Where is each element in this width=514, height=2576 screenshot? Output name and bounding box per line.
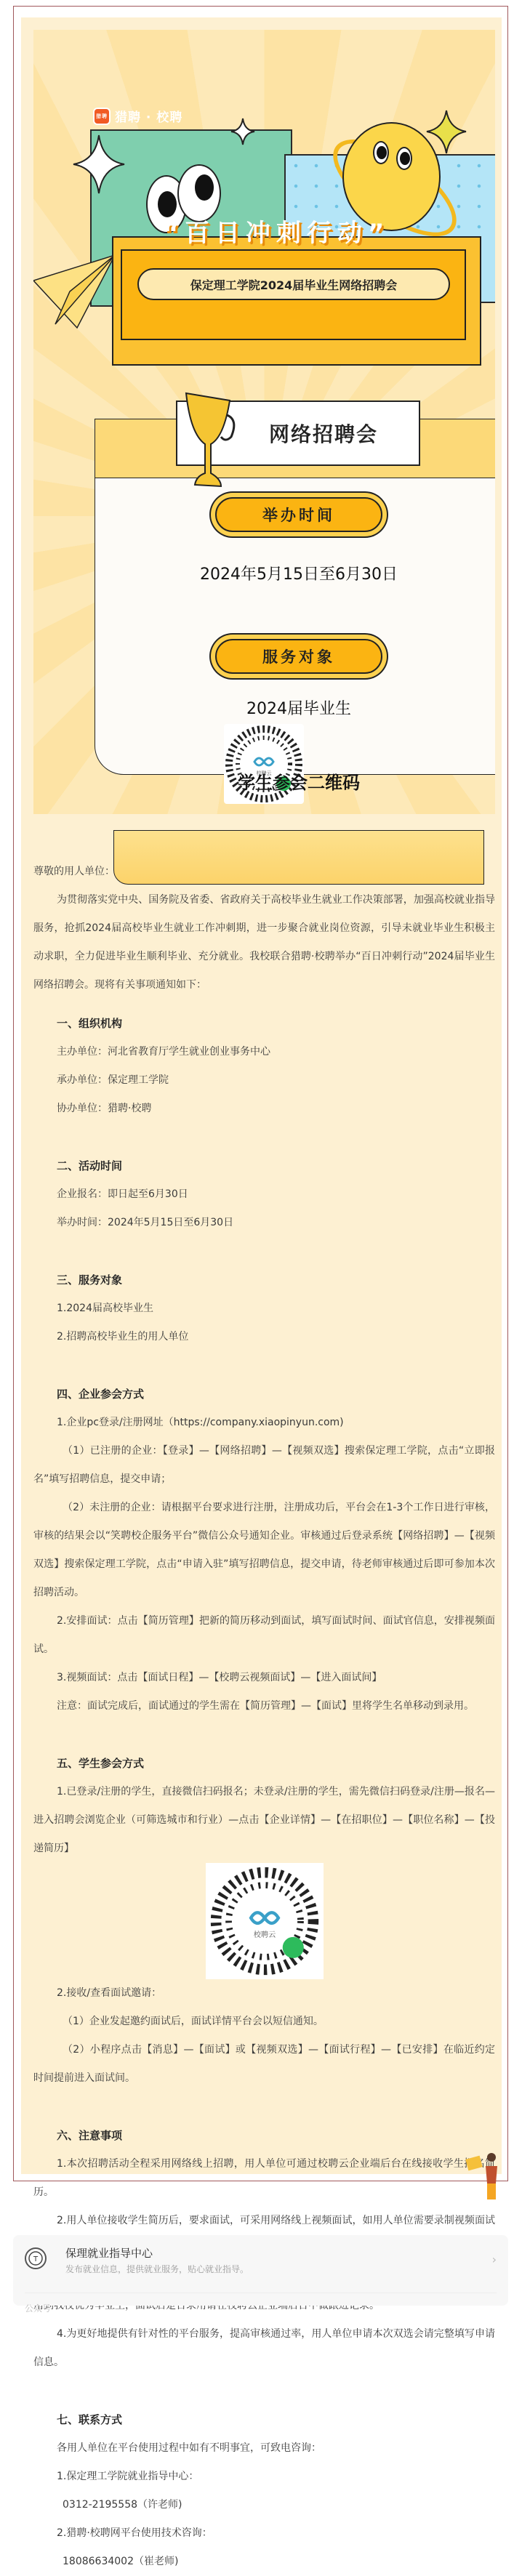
target-audience: 2024届毕业生: [95, 696, 495, 719]
text-line: 1.已登录/注册的学生，直接微信扫码报名；未登录/注册的学生，需先微信扫码登录/…: [33, 1778, 495, 1863]
qr-caption: 学生参会二维码: [95, 768, 495, 794]
section-heading: 七、联系方式: [33, 2406, 495, 2434]
chevron-right-icon: ›: [492, 2253, 497, 2266]
trophy-icon: [179, 386, 237, 495]
text-line: 2.猎聘·校聘网平台使用技术咨询：: [33, 2519, 495, 2548]
section-heading: 一、组织机构: [33, 1010, 495, 1038]
intro-paragraph: 为贯彻落实党中央、国务院及省委、省政府关于高校毕业生就业工作决策部署，加强高校就…: [33, 886, 495, 999]
text-line: 举办时间：2024年5月15日至6月30日: [33, 1209, 495, 1237]
qr-code-icon: 校聘云: [206, 1863, 324, 1979]
section-heading: 五、学生参会方式: [33, 1750, 495, 1778]
liepin-logo-icon: 猎聘: [93, 108, 111, 125]
divider: [25, 2293, 497, 2293]
university-seal-icon: T: [28, 2250, 44, 2266]
phone-number[interactable]: 0312-2195558（许老师): [33, 2491, 495, 2519]
text-line: （1）已注册的企业：【登录】—【网络招聘】—【视频双选】搜索保定理工学院，点击“…: [33, 1437, 495, 1494]
account-description: 发布就业信息，提供就业服务，贴心就业指导。: [65, 2263, 249, 2275]
target-label: 服务对象: [215, 639, 382, 674]
text-line: 2.招聘高校毕业生的用人单位: [33, 1323, 495, 1351]
account-type-label: 公众号: [25, 2302, 51, 2314]
section-heading: 四、企业参会方式: [33, 1380, 495, 1409]
account-avatar: T: [25, 2247, 47, 2269]
text-line: 协办单位：猎聘·校聘: [33, 1095, 495, 1123]
text-line: 3.视频面试：点击【面试日程】—【校聘云视频面试】—【进入面试间】: [33, 1664, 495, 1692]
section-heading: 六、注意事项: [33, 2122, 495, 2150]
text-line: 企业报名：即日起至6月30日: [33, 1180, 495, 1209]
brand-header: 猎聘 猎聘 · 校聘: [93, 107, 182, 125]
company-url-line[interactable]: 1.企业pc登录/注册网址（https://company.xiaopinyun…: [33, 1409, 495, 1437]
text-line: 4.为更好地提供有针对性的平台服务，提高审核通过率，用人单位申请本次双选会请完整…: [33, 2320, 495, 2377]
text-line: （2）未注册的企业：请根据平台要求进行注册，注册成功后，平台会在1-3个工作日进…: [33, 1494, 495, 1607]
text-line: （2）小程序点击【消息】—【面试】或【视频双选】—【面试行程】—【已安排】在临近…: [33, 2036, 495, 2093]
svg-text:T: T: [33, 2255, 39, 2263]
time-label: 举办时间: [215, 497, 382, 532]
greeting: 尊敬的用人单位：: [33, 858, 495, 886]
text-line: 1.保定理工学院就业指导中心：: [33, 2463, 495, 2491]
text-line: 各用人单位在平台使用过程中如有不明事宜，可致电咨询：: [33, 2434, 495, 2463]
brand-name: 猎聘 · 校聘: [115, 107, 182, 125]
event-poster: 猎聘 猎聘 · 校聘 “百日冲刺行动” 保定理工学院2024届毕业生网络招聘会 …: [33, 30, 495, 814]
section-heading: 二、活动时间: [33, 1152, 495, 1180]
poster-subtitle: 保定理工学院2024届毕业生网络招聘会: [137, 268, 450, 300]
text-line: （1）企业发起邀约面试后，面试详情平台会以短信通知。: [33, 2008, 495, 2036]
phone-number[interactable]: 18086634002（崔老师): [33, 2548, 495, 2576]
text-line: 2.接收/查看面试邀请：: [33, 1979, 495, 2008]
account-name: 保理就业指导中心: [65, 2245, 153, 2261]
sparkle-icon: [425, 108, 468, 156]
text-line: 承办单位：保定理工学院: [33, 1066, 495, 1095]
student-qr-code-2[interactable]: 校聘云: [206, 1863, 324, 1979]
text-line: 1.2024届高校毕业生: [33, 1295, 495, 1323]
paper-plane-icon: [33, 255, 113, 342]
section-heading: 三、服务对象: [33, 1266, 495, 1295]
sparkle-icon: [230, 117, 256, 146]
event-date: 2024年5月15日至6月30日: [95, 562, 495, 584]
qr-wrapper: 校聘云: [33, 1863, 495, 1979]
woman-holding-sign-icon: [465, 2152, 500, 2202]
account-card[interactable]: T 保理就业指导中心 发布就业信息，提供就业服务，贴心就业指导。 › 公众号: [13, 2235, 508, 2306]
text-line: 1.本次招聘活动全程采用网络线上招聘，用人单位可通过校聘云企业端后台在线接收学生…: [33, 2150, 495, 2207]
svg-text:校聘云: 校聘云: [253, 1930, 276, 1939]
text-line: 主办单位：河北省教育厅学生就业创业事务中心: [33, 1038, 495, 1066]
text-line: 2.安排面试：点击【简历管理】把新的简历移动到面试，填写面试时间、面试官信息，安…: [33, 1607, 495, 1664]
text-line: 注意：面试完成后，面试通过的学生需在【简历管理】—【面试】里将学生名单移动到录用…: [33, 1692, 495, 1720]
article-body: 尊敬的用人单位： 为贯彻落实党中央、国务院及省委、省政府关于高校毕业生就业工作决…: [33, 858, 495, 2576]
poster-slogan: “百日冲刺行动”: [131, 213, 422, 249]
sparkle-icon: [70, 132, 128, 197]
